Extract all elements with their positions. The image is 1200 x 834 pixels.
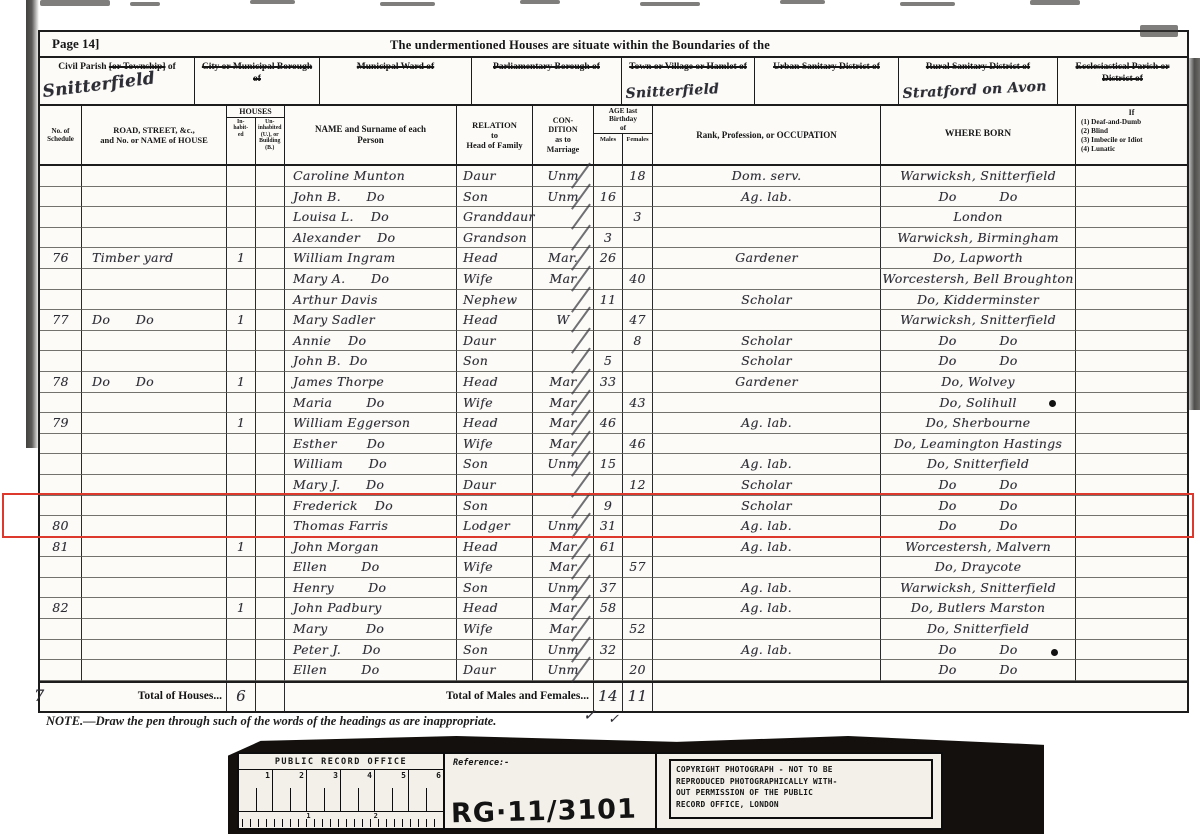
cell-age_f: 3 [623,207,653,228]
handwritten-entry: Dom. serv. [653,166,880,185]
cell-road [82,393,227,414]
handwritten-entry: 16 [594,187,622,206]
cell-condition: Mar. [533,248,594,269]
handwritten-entry: Worcestersh, Bell Broughton [881,269,1075,288]
handwritten-entry: 40 [623,269,652,288]
cell-inhabited [227,166,256,187]
cell-age_f [623,248,653,269]
scan-top-mark [780,0,825,4]
cell-infirmity [1076,413,1187,434]
handwritten-entry: Do, Lapworth [881,248,1075,267]
cell-name: Alexander Do [285,228,457,249]
cell-name: John Padbury [285,598,457,619]
cell-infirmity [1076,290,1187,311]
cell-uninhabited [256,187,285,208]
cell-born: Warwicksh, Snitterfield [881,578,1076,599]
census-row: Henry DoSonUnm37Ag. lab.Warwicksh, Snitt… [40,578,1187,599]
handwritten-entry: Mar [533,537,593,556]
handwritten-entry: Do Do [82,372,226,391]
cell-inhabited [227,578,256,599]
handwritten-entry: Head [457,537,532,556]
cell-condition: Mar [533,619,594,640]
cell-road: Timber yard [82,248,227,269]
handwritten-entry: 1 [227,598,255,617]
cell-born: Warwicksh, Snitterfield [881,310,1076,331]
handwritten-entry: Unm [533,578,593,597]
cell-born: Do, Wolvey [881,372,1076,393]
cell-born: Do, Sherbourne [881,413,1076,434]
cell-uninhabited [256,557,285,578]
cell-road [82,351,227,372]
cell-schedule [40,454,82,475]
cell-infirmity [1076,393,1187,414]
col-header-infirmity: If (1) Deaf-and-Dumb (2) Blind (3) Imbec… [1076,106,1187,164]
cell-condition: Unm [533,166,594,187]
cell-condition: Unm [533,187,594,208]
totals-row: Total of Houses... 6 Total of Males and … [40,681,1187,711]
handwritten-entry: 58 [594,598,622,617]
district-label-struck: Urban Sanitary District of [773,62,880,72]
handwritten-entry: 3 [623,207,652,226]
handwritten-entry: Mary Sadler [285,310,456,329]
col-header-males: Males [594,134,623,164]
handwritten-entry: 77 [40,310,81,329]
cell-road [82,557,227,578]
cell-schedule [40,640,82,661]
census-row: 78Do Do1James ThorpeHeadMar33GardenerDo,… [40,372,1187,393]
handwritten-entry: Do Do [881,331,1075,350]
cell-inhabited [227,228,256,249]
cell-name: Louisa L. Do [285,207,457,228]
table-body: Caroline MuntonDaurUnm18Dom. serv.Warwic… [40,166,1187,681]
cell-uninhabited [256,640,285,661]
col-header-females: Females [623,134,652,164]
handwritten-entry: Do Do [881,351,1075,370]
handwritten-entry: Wife [457,434,532,453]
handwritten-entry: Warwicksh, Snitterfield [881,578,1075,597]
handwritten-entry: 1 [227,310,255,329]
col-header-houses: HOUSES [227,106,284,118]
scan-edge-right [1186,58,1200,410]
cell-road [82,537,227,558]
cell-occupation [653,434,881,455]
cell-occupation: Ag. lab. [653,413,881,434]
handwritten-entry: 76 [40,248,81,267]
handwritten-entry: 52 [623,619,652,638]
col-header-infirmity-if: If [1077,108,1186,118]
cell-relation: Granddaur [457,207,533,228]
cell-age_f [623,598,653,619]
handwritten-entry: Head [457,413,532,432]
cell-age_f [623,372,653,393]
district-label-struck: Municipal Ward of [357,62,434,72]
cell-infirmity [1076,619,1187,640]
cell-infirmity [1076,310,1187,331]
ruler-number: 1 [239,770,273,811]
cell-uninhabited [256,290,285,311]
handwritten-entry: Wife [457,557,532,576]
cell-schedule [40,434,82,455]
reference-number: RG·11/3101 [451,794,638,830]
cell-road [82,434,227,455]
cell-uninhabited [256,434,285,455]
cell-age_m [594,269,623,290]
census-row: Louisa L. DoGranddaur3London [40,207,1187,228]
handwritten-entry: Daur [457,331,532,350]
cell-schedule [40,393,82,414]
cell-inhabited [227,331,256,352]
handwritten-entry: Daur [457,475,532,494]
stray-mark: 7 [34,686,44,705]
cell-inhabited [227,290,256,311]
handwritten-entry: Mar [533,598,593,617]
handwritten-entry: Unm [533,454,593,473]
cell-occupation: Scholar [653,331,881,352]
handwritten-entry: Mar. [533,248,593,267]
handwritten-entry: Maria Do [285,393,456,412]
handwritten-entry: Mar [533,393,593,412]
cell-inhabited [227,619,256,640]
cell-condition: Unm [533,660,594,681]
cell-name: Arthur Davis [285,290,457,311]
cell-occupation: Scholar [653,351,881,372]
cell-relation: Grandson [457,228,533,249]
scan-top-mark [1030,0,1080,5]
district-rural-sanitary: Rural Sanitary District of Stratford on … [899,58,1058,104]
cell-name: Annie Do [285,331,457,352]
handwritten-entry: Worcestersh, Malvern [881,537,1075,556]
cell-name: William Eggerson [285,413,457,434]
cell-name: William Ingram [285,248,457,269]
cell-uninhabited [256,351,285,372]
cell-inhabited: 1 [227,248,256,269]
cell-age_f [623,413,653,434]
scan-top-mark [1140,25,1178,37]
highlight-annotation-box [2,493,1194,538]
cell-schedule: 81 [40,537,82,558]
census-row: Alexander DoGrandson3Warwicksh, Birmingh… [40,228,1187,249]
handwritten-entry: 79 [40,413,81,432]
district-parliamentary-borough: Parliamentary Borough of [472,58,622,104]
cell-infirmity [1076,207,1187,228]
cell-inhabited [227,640,256,661]
census-row: William DoSonUnm15Ag. lab.Do, Snitterfie… [40,454,1187,475]
handwritten-entry: Grandson [457,228,532,247]
cell-age_m: 3 [594,228,623,249]
cell-road: Do Do [82,372,227,393]
cell-uninhabited [256,537,285,558]
handwritten-entry: 1 [227,413,255,432]
cell-age_m [594,207,623,228]
col-header-infirmity-list: (1) Deaf-and-Dumb (2) Blind (3) Imbecile… [1077,118,1186,154]
cell-condition: Unm [533,454,594,475]
cell-born: Warwicksh, Snitterfield [881,166,1076,187]
col-header-schedule: No. of Schedule [40,106,82,164]
cell-name: Henry Do [285,578,457,599]
cell-inhabited: 1 [227,372,256,393]
cell-born: Do, Solihull [881,393,1076,414]
cell-relation: Daur [457,166,533,187]
handwritten-entry: Mary J. Do [285,475,456,494]
cell-condition [533,228,594,249]
handwritten-entry: 78 [40,372,81,391]
cell-condition: Mar [533,413,594,434]
cell-road [82,640,227,661]
cell-condition [533,290,594,311]
cell-name: Ellen Do [285,660,457,681]
ruler-number: 1 [306,812,310,820]
handwritten-entry: Warwicksh, Snitterfield [881,310,1075,329]
cell-age_m [594,557,623,578]
ruler-scale-fine: 1 2 [239,812,443,828]
cell-name: John B. Do [285,351,457,372]
cell-age_m: 58 [594,598,623,619]
handwritten-entry: 57 [623,557,652,576]
handwritten-entry: John Morgan [285,537,456,556]
cell-age_m: 46 [594,413,623,434]
col-header-condition: CON- DITION as to Marriage [533,106,594,164]
col-header-age-group: AGE last Birthday of Males Females [594,106,653,164]
handwritten-entry: Ag. lab. [653,537,880,556]
handwritten-entry: Son [457,454,532,473]
handwritten-entry: Gardener [653,372,880,391]
census-row: 821John PadburyHeadMar58Ag. lab.Do, Butl… [40,598,1187,619]
cell-relation: Daur [457,660,533,681]
handwritten-entry: 81 [40,537,81,556]
handwritten-entry: London [881,207,1075,226]
handwritten-entry: John Padbury [285,598,456,617]
cell-name: Mary Do [285,619,457,640]
cell-condition: Mar [533,557,594,578]
scan-top-mark [130,2,160,6]
cell-occupation [653,393,881,414]
cell-born: Do, Snitterfield [881,619,1076,640]
cell-age_f: 52 [623,619,653,640]
col-header-inhabited: In- habit- ed [227,118,256,164]
handwritten-entry: 26 [594,248,622,267]
col-header-where-born: WHERE BORN [881,106,1076,164]
cell-relation: Head [457,310,533,331]
cell-road [82,166,227,187]
cell-age_f [623,640,653,661]
handwritten-entry: Do Do [881,187,1075,206]
cell-road [82,619,227,640]
handwritten-entry: John B. Do [285,351,456,370]
cell-occupation [653,619,881,640]
cell-schedule [40,290,82,311]
cell-born: Do Do [881,351,1076,372]
cell-relation: Head [457,248,533,269]
cell-age_m: 33 [594,372,623,393]
cell-road: Do Do [82,310,227,331]
handwritten-entry: Wife [457,269,532,288]
cell-road [82,413,227,434]
handwritten-entry: Mar [533,269,593,288]
total-houses-value: 6 [227,683,256,711]
handwritten-entry: Ag. lab. [653,454,880,473]
scan-top-mark [900,2,955,6]
cell-infirmity [1076,331,1187,352]
cell-condition: Mar [533,537,594,558]
handwritten-entry: Wife [457,393,532,412]
cell-uninhabited [256,228,285,249]
district-value-handwritten: Stratford on Avon [902,77,1047,103]
cell-road [82,228,227,249]
handwritten-entry: Granddaur [457,207,532,226]
cell-relation: Son [457,640,533,661]
census-row: 791William EggersonHeadMar46Ag. lab.Do, … [40,413,1187,434]
handwritten-entry: Unm [533,640,593,659]
cell-name: Mary Sadler [285,310,457,331]
handwritten-entry: Do, Sherbourne [881,413,1075,432]
footnote: NOTE.—Draw the pen through such of the w… [46,714,496,729]
handwritten-entry: Nephew [457,290,532,309]
handwritten-entry: Do, Wolvey [881,372,1075,391]
check-mark: ✓ [583,706,596,724]
cell-born: Do Do [881,660,1076,681]
ruler-number: 2 [374,812,378,820]
cell-inhabited [227,351,256,372]
cell-infirmity [1076,660,1187,681]
cell-infirmity [1076,372,1187,393]
handwritten-entry: Warwicksh, Birmingham [881,228,1075,247]
cell-occupation: Ag. lab. [653,598,881,619]
handwritten-entry: Head [457,372,532,391]
cell-road [82,331,227,352]
cell-age_f [623,290,653,311]
cell-uninhabited [256,331,285,352]
handwritten-entry: Mar [533,413,593,432]
cell-occupation: Ag. lab. [653,537,881,558]
handwritten-entry: 32 [594,640,622,659]
cell-age_m: 5 [594,351,623,372]
cell-inhabited [227,207,256,228]
cell-infirmity [1076,248,1187,269]
handwritten-entry: Do Do [881,475,1075,494]
handwritten-entry: 8 [623,331,652,350]
district-label-struck: Parliamentary Borough of [493,62,600,72]
title-row: Page 14] The undermentioned Houses are s… [40,32,1187,58]
handwritten-entry: 33 [594,372,622,391]
census-row: Annie DoDaur8ScholarDo Do [40,331,1187,352]
cell-born: Do, Leamington Hastings [881,434,1076,455]
cell-schedule: 77 [40,310,82,331]
cell-condition [533,207,594,228]
total-males-females-label: Total of Males and Females... [285,683,594,711]
handwritten-entry: Scholar [653,331,880,350]
handwritten-entry: 82 [40,598,81,617]
scan-top-mark [520,0,560,4]
handwritten-entry: Esther Do [285,434,456,453]
cell-age_m [594,619,623,640]
district-value-handwritten: Snitterfield [625,80,720,103]
page-number-label: Page 14] [52,36,99,52]
cell-road [82,598,227,619]
scan-top-mark [250,0,295,4]
cell-road [82,187,227,208]
cell-occupation [653,207,881,228]
ruler-number: 4 [341,770,375,811]
district-label: Civil Parish [58,62,106,72]
cell-infirmity [1076,351,1187,372]
cell-inhabited: 1 [227,537,256,558]
district-label: of [168,62,176,72]
handwritten-entry: Unm [533,660,593,679]
cell-born: Worcestersh, Bell Broughton [881,269,1076,290]
cell-name: Ellen Do [285,557,457,578]
cell-occupation: Ag. lab. [653,187,881,208]
handwritten-entry: Do, Draycote [881,557,1075,576]
cell-inhabited: 1 [227,598,256,619]
cell-schedule [40,578,82,599]
ink-blot [1049,400,1056,407]
handwritten-entry: Gardener [653,248,880,267]
handwritten-entry: Do Do [881,640,1075,659]
col-header-uninhabited: Un- inhabited (U.), or Building (B.) [256,118,285,164]
handwritten-entry: 61 [594,537,622,556]
district-label-struck: Rural Sanitary District of [926,62,1030,72]
census-row: 811John MorganHeadMar61Ag. lab.Worcester… [40,537,1187,558]
cell-age_m: 37 [594,578,623,599]
district-label-struck: Ecclesiastical Parish or District of [1076,62,1170,84]
handwritten-entry: Mar [533,619,593,638]
handwritten-entry: Ellen Do [285,557,456,576]
cell-schedule [40,166,82,187]
handwritten-entry: Mary Do [285,619,456,638]
handwritten-entry: Warwicksh, Snitterfield [881,166,1075,185]
handwritten-entry: Do, Leamington Hastings [881,434,1075,453]
cell-inhabited [227,269,256,290]
cell-schedule: 78 [40,372,82,393]
cell-age_f: 20 [623,660,653,681]
cell-infirmity [1076,269,1187,290]
totals-empty-cell [653,683,1187,711]
cell-relation: Head [457,598,533,619]
census-form: Page 14] The undermentioned Houses are s… [38,30,1189,713]
handwritten-entry: William Eggerson [285,413,456,432]
handwritten-entry: 18 [623,166,652,185]
handwritten-entry: 43 [623,393,652,412]
cell-age_f [623,228,653,249]
handwritten-entry: 46 [623,434,652,453]
handwritten-entry: Alexander Do [285,228,456,247]
census-row: Maria DoWifeMar43Do, Solihull [40,393,1187,414]
district-label-struck: City or Municipal Borough of [202,62,312,84]
cell-infirmity [1076,578,1187,599]
handwritten-entry: Head [457,310,532,329]
cell-condition [533,331,594,352]
handwritten-entry: 11 [594,290,622,309]
cell-age_m [594,434,623,455]
cell-age_m [594,310,623,331]
cell-name: Maria Do [285,393,457,414]
handwritten-entry: 1 [227,372,255,391]
cell-uninhabited [256,372,285,393]
col-header-age: AGE last Birthday of [594,106,652,134]
cell-inhabited: 1 [227,413,256,434]
cell-born: Worcestersh, Malvern [881,537,1076,558]
handwritten-entry: Louisa L. Do [285,207,456,226]
handwritten-entry: Daur [457,660,532,679]
ruler-number: 2 [273,770,307,811]
handwritten-entry: John B. Do [285,187,456,206]
handwritten-entry: 12 [623,475,652,494]
handwritten-entry: Ag. lab. [653,187,880,206]
handwritten-entry: Do, Snitterfield [881,619,1075,638]
cell-occupation [653,557,881,578]
handwritten-entry: Arthur Davis [285,290,456,309]
district-label-struck: Town or Village or Hamlet of [629,62,747,72]
